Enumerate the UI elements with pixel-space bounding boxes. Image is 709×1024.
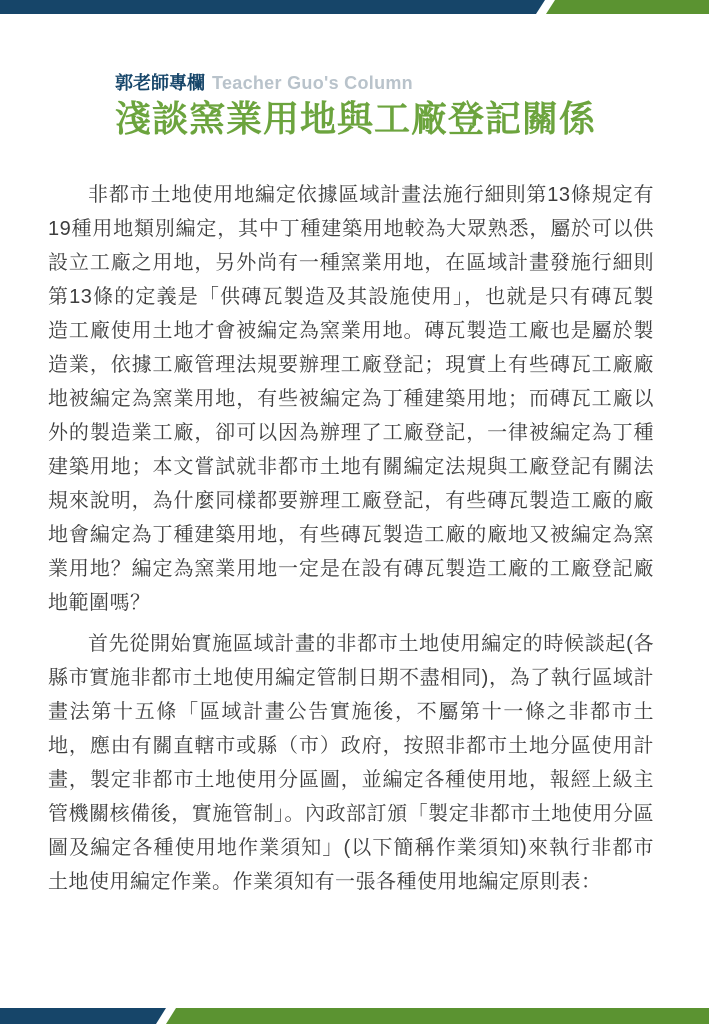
article-header: 郭老師專欄Teacher Guo's Column 淺談窯業用地與工廠登記關係 bbox=[115, 72, 596, 140]
column-label-chinese: 郭老師專欄 bbox=[115, 73, 205, 93]
bottom-decoration bbox=[0, 1008, 709, 1024]
column-label-english: Teacher Guo's Column bbox=[212, 73, 413, 93]
article-body: 非都市土地使用地編定依據區域計畫法施行細則第13條規定有19種用地類別編定，其中… bbox=[48, 178, 654, 906]
column-label: 郭老師專欄Teacher Guo's Column bbox=[115, 72, 596, 94]
page-title: 淺談窯業用地與工廠登記關係 bbox=[115, 98, 596, 140]
paragraph-1: 非都市土地使用地編定依據區域計畫法施行細則第13條規定有19種用地類別編定，其中… bbox=[48, 178, 654, 620]
top-decoration bbox=[0, 0, 709, 14]
paragraph-2: 首先從開始實施區域計畫的非都市土地使用編定的時候談起(各縣市實施非都市土地使用編… bbox=[48, 627, 654, 899]
document-page: 郭老師專欄Teacher Guo's Column 淺談窯業用地與工廠登記關係 … bbox=[0, 0, 709, 1024]
